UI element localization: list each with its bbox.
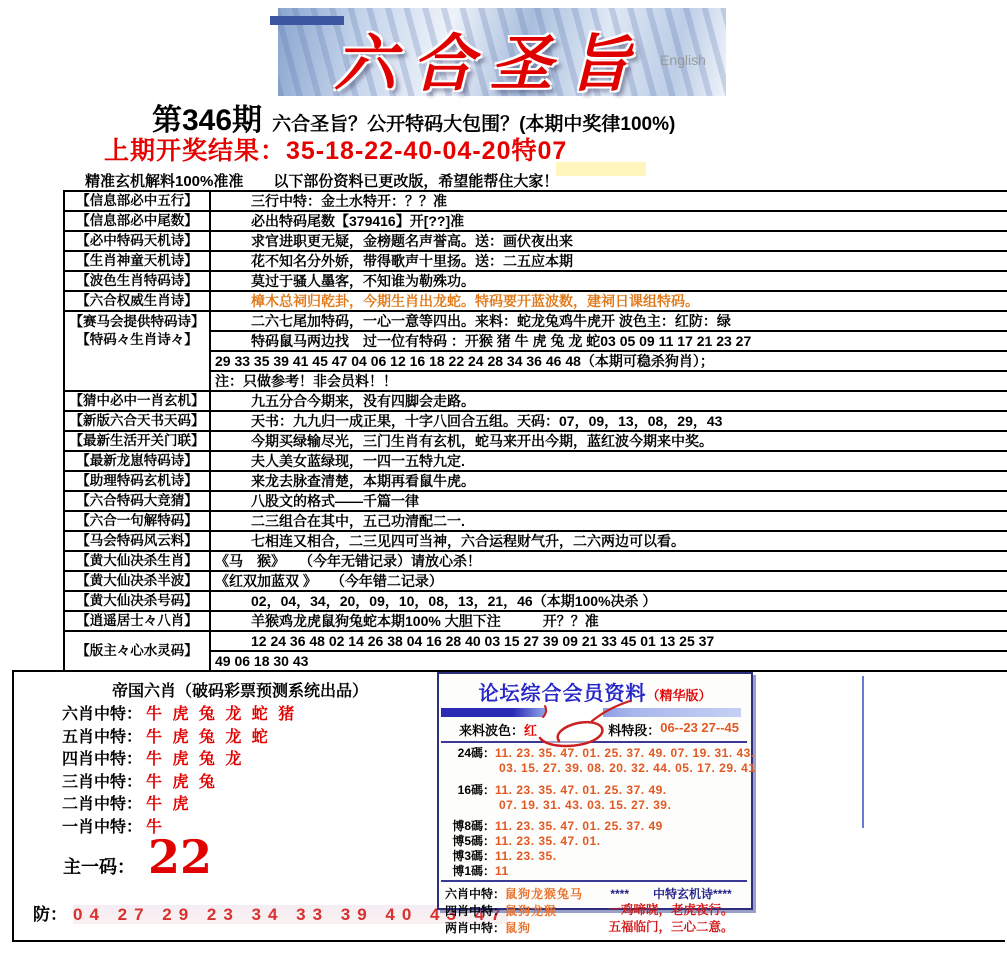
zodiac-pick-row: 五肖中特：牛 虎 兔 龙 蛇 — [62, 724, 297, 747]
table-row: 【黄大仙决杀半波】《红双加蓝双 》 （今年错二记录） — [63, 572, 1007, 592]
code-row-cont: 07. 19. 31. 43. 03. 15. 27. 39. — [443, 798, 751, 813]
table-row: 【最新生活开关门联】今期买绿输尽光，三门生肖有玄机，蛇马来开出今期，蓝红波今期来… — [63, 432, 1007, 452]
zodiac-pick-row: 三肖中特：牛 虎 兔 — [62, 769, 297, 792]
row-label: 【马会特码风云料】 — [63, 532, 211, 552]
table-row: 【马会特码风云料】七相连又相合，二三见四可当神，六合运程财气升，二六两边可以看。 — [63, 532, 1007, 552]
row-label: 【六合一句解特码】 — [63, 512, 211, 532]
row-content: 二六七尾加特码，一心一意等四出。来料：蛇龙兔鸡牛虎开 波色主：红防：绿 — [211, 312, 1007, 332]
guard-label: 防： — [33, 905, 67, 924]
banner-title: 六合圣旨 — [300, 14, 680, 103]
row-content: 莫过于骚人墨客，不知谁为勒殊功。 — [211, 272, 1007, 292]
code-row: 博8碼：11. 23. 35. 47. 01. 25. 37. 49 — [443, 819, 751, 834]
prediction-table: 【信息部必中五行】三行中特：金土水特开：？？准 【信息部必中尾数】必出特码尾数【… — [63, 190, 1007, 672]
row-label: 【六合权威生肖诗】 — [63, 292, 211, 312]
row-label: 【黄大仙决杀生肖】 — [63, 552, 211, 572]
empire-six-title: 帝国六肖（破码彩票预测系统出品） — [112, 678, 368, 701]
row-label: 【赛马会提供特码诗】【特码々生肖诗々】 — [63, 312, 211, 392]
last-draw-result: 上期开奖结果：35-18-22-40-04-20特07 — [104, 131, 567, 167]
table-row: 【猜中必中一肖玄机】九五分合今期来，没有四脚会走路。 — [63, 392, 1007, 412]
row-label: 【黄大仙决杀号码】 — [63, 592, 211, 612]
code-row: 博3碼：11. 23. 35. — [443, 849, 751, 864]
poem-line: 五福临门，三心二意。 — [595, 919, 747, 936]
row-content: 三行中特：金土水特开：？？准 — [211, 192, 1007, 212]
row-label: 【波色生肖特码诗】 — [63, 272, 211, 292]
row-content: 02，04，34，20，09，10，08，13，21，46（本期100%决杀 ） — [211, 592, 1007, 612]
table-row: 【六合一句解特码】二三组合在其中，五己功清配二一. — [63, 512, 1007, 532]
code-lists: 24碼：11. 23. 35. 47. 01. 25. 37. 49. 07. … — [439, 743, 751, 879]
row-content: 今期买绿输尽光，三门生肖有玄机，蛇马来开出今期，蓝红波今期来中奖。 — [211, 432, 1007, 452]
row-content: 求官进职更无疑，金榜题名声誉高。送：画伏夜出来 — [211, 232, 1007, 252]
english-link[interactable]: English — [660, 52, 706, 68]
table-row: 【最新龙崽特码诗】夫人美女蓝绿现，一四一五特九定. — [63, 452, 1007, 472]
row-label: 【六合特码大竞猜】 — [63, 492, 211, 512]
poem-title: **** 中特玄机诗**** — [595, 886, 747, 902]
row-content: 12 24 36 48 02 14 26 38 04 16 28 40 03 1… — [211, 632, 1007, 652]
row-label: 【信息部必中尾数】 — [63, 212, 211, 232]
main-code-value: 22 — [148, 830, 212, 884]
row-content: 七相连又相合，二三见四可当神，六合运程财气升，二六两边可以看。 — [211, 532, 1007, 552]
row-label: 【猜中必中一肖玄机】 — [63, 392, 211, 412]
table-row: 【信息部必中尾数】必出特码尾数【379416】开[??]准 — [63, 212, 1007, 232]
table-row: 【六合特码大竞猜】八股文的格式——千篇一律 — [63, 492, 1007, 512]
zodiac-row: 两肖中特：鼠狗 — [445, 920, 595, 937]
row-label: 【黄大仙决杀半波】 — [63, 572, 211, 592]
row-content: 29 33 35 39 41 45 47 04 06 12 16 18 22 2… — [211, 352, 1007, 372]
mystery-poem: **** 中特玄机诗**** 一鸡啼晓，老虎夜行。 五福临门，三心二意。 — [595, 886, 747, 937]
red-scribble-annotation — [518, 694, 654, 752]
row-content: 必出特码尾数【379416】开[??]准 — [211, 212, 1007, 232]
zodiac-pick-row: 四肖中特：牛 虎 兔 龙 — [62, 746, 297, 769]
poem-line: 一鸡啼晓，老虎夜行。 — [595, 902, 747, 919]
table-row: 【黄大仙决杀号码】02，04，34，20，09，10，08，13，21，46（本… — [63, 592, 1007, 612]
table-row: 【助理特码玄机诗】来龙去脉查清楚，本期再看鼠牛虎。 — [63, 472, 1007, 492]
row-content: 夫人美女蓝绿现，一四一五特九定. — [211, 452, 1007, 472]
lottery-tip-sheet: 六合圣旨 English 第346期 六合圣旨？公开特码大包围？(本期中奖律10… — [0, 0, 1007, 956]
row-label: 【逍遥居士々八肖】 — [63, 612, 211, 632]
row-content: 来龙去脉查清楚，本期再看鼠牛虎。 — [211, 472, 1007, 492]
table-row: 【新版六合天书天码】天书：九九归一成正果，十字八回合五组。天码：07，09，13… — [63, 412, 1007, 432]
range-value: 06--23 27--45 — [660, 720, 739, 739]
row-content: 八股文的格式——千篇一律 — [211, 492, 1007, 512]
code-row-cont: 03. 15. 27. 39. 08. 20. 32. 44. 05. 17. … — [443, 761, 751, 776]
main-code-label: 主一码： — [63, 853, 135, 879]
row-content: 49 06 18 30 43 — [211, 652, 1007, 672]
row-content: 《马 猴》 （今年无错记录）请放心杀！ — [211, 552, 1007, 572]
code-row: 博1碼：11 — [443, 864, 751, 879]
table-row: 【波色生肖特码诗】莫过于骚人墨客，不知谁为勒殊功。 — [63, 272, 1007, 292]
table-row: 【版主々心水灵码】 12 24 36 48 02 14 26 38 04 16 … — [63, 632, 1007, 672]
zodiac-pick-row: 二肖中特：牛 虎 — [62, 791, 297, 814]
table-row: 【六合权威生肖诗】樟木总祠归乾卦，今期生肖出龙蛇。特码要开蓝波数，建祠日课组特码… — [63, 292, 1007, 312]
zodiac-row: 六肖中特：鼠狗龙猴兔马 — [445, 886, 595, 903]
row-content: 九五分合今期来，没有四脚会走路。 — [211, 392, 1007, 412]
row-label: 【助理特码玄机诗】 — [63, 472, 211, 492]
yellow-highlight — [556, 162, 646, 176]
member-box-edition: （精华版） — [646, 688, 711, 703]
row-content: 二三组合在其中，五己功清配二一. — [211, 512, 1007, 532]
table-row: 【信息部必中五行】三行中特：金土水特开：？？准 — [63, 192, 1007, 212]
row-label: 【最新生活开关门联】 — [63, 432, 211, 452]
row-content: 樟木总祠归乾卦，今期生肖出龙蛇。特码要开蓝波数，建祠日课组特码。 — [211, 292, 1007, 312]
stray-blue-line — [862, 676, 864, 828]
row-content: 羊猴鸡龙虎鼠狗兔蛇本期100% 大胆下注 开？？准 — [211, 612, 1007, 632]
row-label: 【必中特码天机诗】 — [63, 232, 211, 252]
zodiac-row: 四肖中特：鼠狗龙猴 — [445, 903, 595, 920]
table-row: 【必中特码天机诗】求官进职更无疑，金榜题名声誉高。送：画伏夜出来 — [63, 232, 1007, 252]
row-content: 特码鼠马两边找 过一位有特码 ：开猴 猪 牛 虎 兔 龙 蛇03 05 09 1… — [211, 332, 1007, 352]
code-row: 博5碼：11. 23. 35. 47. 01. — [443, 834, 751, 849]
row-label: 【生肖神童天机诗】 — [63, 252, 211, 272]
row-label: 【新版六合天书天码】 — [63, 412, 211, 432]
row-label: 【最新龙崽特码诗】 — [63, 452, 211, 472]
table-row: 【逍遥居士々八肖】羊猴鸡龙虎鼠狗兔蛇本期100% 大胆下注 开？？准 — [63, 612, 1007, 632]
table-row: 【黄大仙决杀生肖】《马 猴》 （今年无错记录）请放心杀！ — [63, 552, 1007, 572]
row-label: 【信息部必中五行】 — [63, 192, 211, 212]
empire-six-list: 六肖中特：牛 虎 兔 龙 蛇 猪 五肖中特：牛 虎 兔 龙 蛇 四肖中特：牛 虎… — [62, 701, 297, 836]
zodiac-and-poem: 六肖中特：鼠狗龙猴兔马 四肖中特：鼠狗龙猴 两肖中特：鼠狗 **** 中特玄机诗… — [439, 882, 751, 937]
note-line: 精准玄机解料100%准准 以下部份资料已更改版，希望能帮住大家！ — [85, 170, 558, 191]
wave-label: 来料波色： — [459, 720, 524, 739]
row-content: 天书：九九归一成正果，十字八回合五组。天码：07，09，13，08，29，43 — [211, 412, 1007, 432]
member-zodiac-list: 六肖中特：鼠狗龙猴兔马 四肖中特：鼠狗龙猴 两肖中特：鼠狗 — [445, 886, 595, 937]
code-row: 16碼：11. 23. 35. 47. 01. 25. 37. 49. — [443, 783, 751, 798]
zodiac-pick-row: 六肖中特：牛 虎 兔 龙 蛇 猪 — [62, 701, 297, 724]
table-row: 【赛马会提供特码诗】【特码々生肖诗々】 二六七尾加特码，一心一意等四出。来料：蛇… — [63, 312, 1007, 392]
row-content: 《红双加蓝双 》 （今年错二记录） — [211, 572, 1007, 592]
row-content: 注：只做参考！非会员料！！ — [211, 372, 1007, 392]
row-content: 花不知名分外娇，带得歌声十里扬。送：二五应本期 — [211, 252, 1007, 272]
table-row: 【生肖神童天机诗】花不知名分外娇，带得歌声十里扬。送：二五应本期 — [63, 252, 1007, 272]
row-label: 【版主々心水灵码】 — [63, 632, 211, 672]
